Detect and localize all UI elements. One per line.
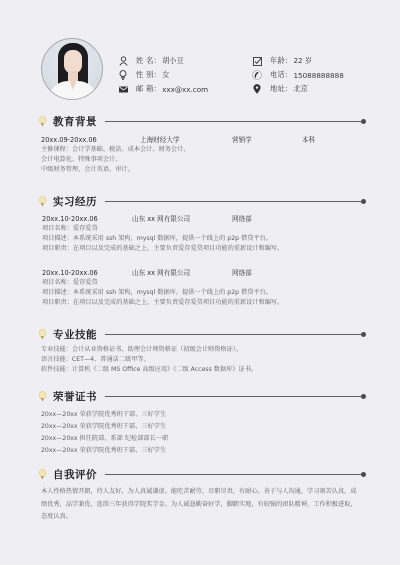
edu-major: 营销学 <box>232 135 252 145</box>
honor-line: 20xx—20xx 荣获学院优秀班干部、三好学生 <box>41 410 166 420</box>
info-label: 年龄： <box>270 56 292 66</box>
divider-line <box>105 201 364 202</box>
intern-line: 项目职责：在项目以及完成的基础之上，主要负责爱存爱贷项目功能的重新设计和编写。 <box>42 298 283 308</box>
honor-line: 20xx—20xx 担任院部、系部 纪检部部长一职 <box>41 434 168 444</box>
intern-period: 20xx.10-20xx.06 <box>42 268 98 278</box>
intern-period: 20xx.10-20xx.06 <box>42 214 98 224</box>
info-value: 22 岁 <box>293 56 312 66</box>
skill-line: 语言技能：CET—4、普通话二级甲等。 <box>41 355 150 365</box>
intern-line: 项目名称：爱存爱贷 <box>42 224 98 234</box>
section-header-internship: 实习经历 <box>38 193 364 209</box>
info-email: 邮 箱： xxx@xx.com <box>118 82 208 96</box>
lightbulb-icon <box>118 70 128 80</box>
intern-line: 项目职责：在项目以及完成的基础之上，主要负责爱存爱贷项目功能的重新设计和编写。 <box>42 244 283 254</box>
intern-line: 项目名称：爱存爱贷 <box>42 278 98 288</box>
info-value: 胡小豆 <box>162 56 184 66</box>
info-address: 地址： 北京 <box>252 82 308 96</box>
section-header-skills: 专业技能 <box>38 326 364 342</box>
info-value: 北京 <box>293 84 307 94</box>
info-phone: 电话： 15088888888 <box>252 68 344 82</box>
info-value: xxx@xx.com <box>162 85 208 94</box>
intern-dept: 网络部 <box>232 268 252 278</box>
section-title: 荣誉证书 <box>53 389 97 404</box>
honor-line: 20xx—20xx 荣获学院优秀班干部、三好学生 <box>41 422 166 432</box>
edu-line: 中级财务管理、会计英语、审计。 <box>41 165 134 175</box>
section-header-self-eval: 自我评价 <box>38 466 364 482</box>
section-title: 自我评价 <box>53 467 97 482</box>
phone-icon <box>252 70 262 80</box>
divider-line <box>105 121 364 122</box>
lightbulb-icon <box>38 391 47 402</box>
resume-page: 姓 名： 胡小豆 性 别： 女 邮 箱： xxx@xx.com 年龄： 22 岁… <box>0 0 400 565</box>
self-eval-text: 本人性格热情开朗，待人友好，为人真诚谦虚。能吃苦耐劳，尽职尽责，有耐心。善于与人… <box>41 486 361 524</box>
info-label: 邮 箱： <box>136 84 161 94</box>
intern-dept: 网络部 <box>232 214 252 224</box>
section-title: 专业技能 <box>53 327 97 342</box>
location-pin-icon <box>252 84 262 94</box>
divider-line <box>105 334 364 335</box>
edu-period: 20xx.09-20xx.06 <box>41 135 97 145</box>
checkbox-icon <box>252 56 262 66</box>
intern-company: 山东 xx 网有限公司 <box>132 268 190 278</box>
divider-line <box>105 396 364 397</box>
edu-line: 主修课程：会计学基础、税法、成本会计、财务会计、 <box>41 145 190 155</box>
info-name: 姓 名： 胡小豆 <box>118 54 184 68</box>
intern-company: 山东 xx 网有限公司 <box>132 214 190 224</box>
section-title: 实习经历 <box>53 194 97 209</box>
edu-line: 会计电算化、特殊事项会计、 <box>41 155 121 165</box>
lightbulb-icon <box>38 196 47 207</box>
section-title: 教育背景 <box>53 114 97 129</box>
info-label: 电话： <box>270 70 292 80</box>
intern-line: 项目描述：本系统采用 ssh 架构，mysql 数据库，提供一个线上的 p2p … <box>42 234 272 244</box>
edu-degree: 本科 <box>302 135 315 145</box>
skill-line: 软件技能：计算机《二级 MS Office 高级应用》《二级 Access 数据… <box>41 365 257 375</box>
lightbulb-icon <box>38 116 47 127</box>
info-label: 姓 名： <box>136 56 161 66</box>
lightbulb-icon <box>38 329 47 340</box>
mail-icon <box>118 84 128 94</box>
info-value: 女 <box>162 70 169 80</box>
intern-line: 项目描述：本系统采用 ssh 架构，mysql 数据库，提供一个线上的 p2p … <box>42 288 272 298</box>
honor-line: 20xx—20xx 荣获学院优秀班干部、三好学生 <box>41 446 166 456</box>
lightbulb-icon <box>38 469 47 480</box>
profile-photo <box>41 38 103 100</box>
person-icon <box>118 56 128 66</box>
section-header-education: 教育背景 <box>38 113 364 129</box>
info-value: 15088888888 <box>293 71 343 80</box>
skill-line: 专业技能：会计从业资格证书、助理会计师资格证（初级会计师资格证）。 <box>41 345 242 355</box>
edu-school: 上海财经大学 <box>140 135 180 145</box>
section-header-honors: 荣誉证书 <box>38 388 364 404</box>
info-label: 地址： <box>270 84 292 94</box>
info-label: 性 别： <box>136 70 161 80</box>
info-age: 年龄： 22 岁 <box>252 54 312 68</box>
divider-line <box>105 474 364 475</box>
info-gender: 性 别： 女 <box>118 68 169 82</box>
